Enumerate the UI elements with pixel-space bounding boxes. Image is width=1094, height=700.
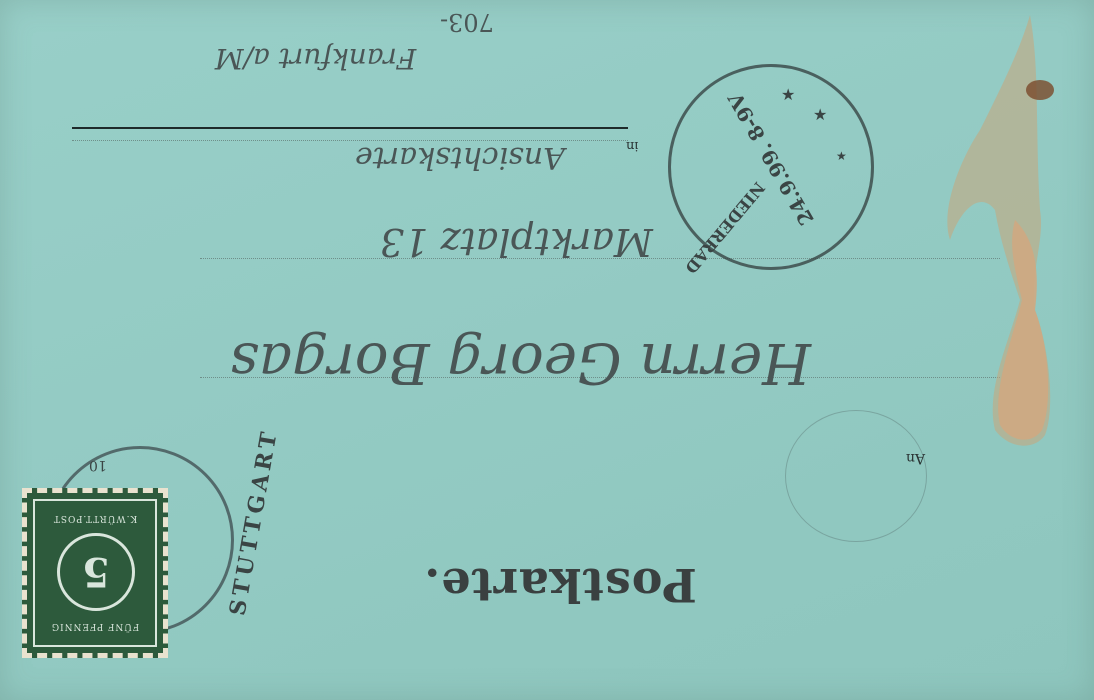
an-label-top: in (626, 138, 639, 153)
postmark-town: NIEDERRAD (683, 178, 768, 274)
star-icon: ★ (781, 85, 795, 104)
stamp-text-top: FÜNF PFENNIG (33, 621, 157, 631)
reference-number: 703- (440, 8, 494, 36)
stamp-text-bottom: K.WÜRTT.POST (33, 513, 157, 523)
stamp-value: 5 (57, 533, 135, 611)
postmark-date: 10 (89, 457, 107, 473)
postcard-title: Postkarte. (420, 555, 700, 615)
divider-line (72, 127, 628, 129)
postmark-town: STUTTGART (225, 426, 284, 617)
postage-stamp: K.WÜRTT.POST 5 FÜNF PFENNIG (22, 488, 168, 658)
handwriting-recipient: Herrn Georg Borgas (230, 330, 811, 395)
postmark-niederrad: 24.9.99. 8-9V NIEDERRAD ★ ★ ★ (668, 64, 874, 270)
pencil-circle (785, 410, 927, 542)
handwriting-street: Marktplatz 13 (380, 220, 653, 264)
star-icon: ★ (813, 105, 827, 124)
stain (940, 10, 1060, 500)
postcard: 703- Frankfurt a/M in Ansichtskarte Mark… (0, 0, 1094, 700)
handwriting-line-1: Ansichtskarte (355, 140, 565, 175)
handwriting-top-note: Frankfurt a/M (215, 42, 416, 75)
star-icon: ★ (836, 149, 847, 163)
